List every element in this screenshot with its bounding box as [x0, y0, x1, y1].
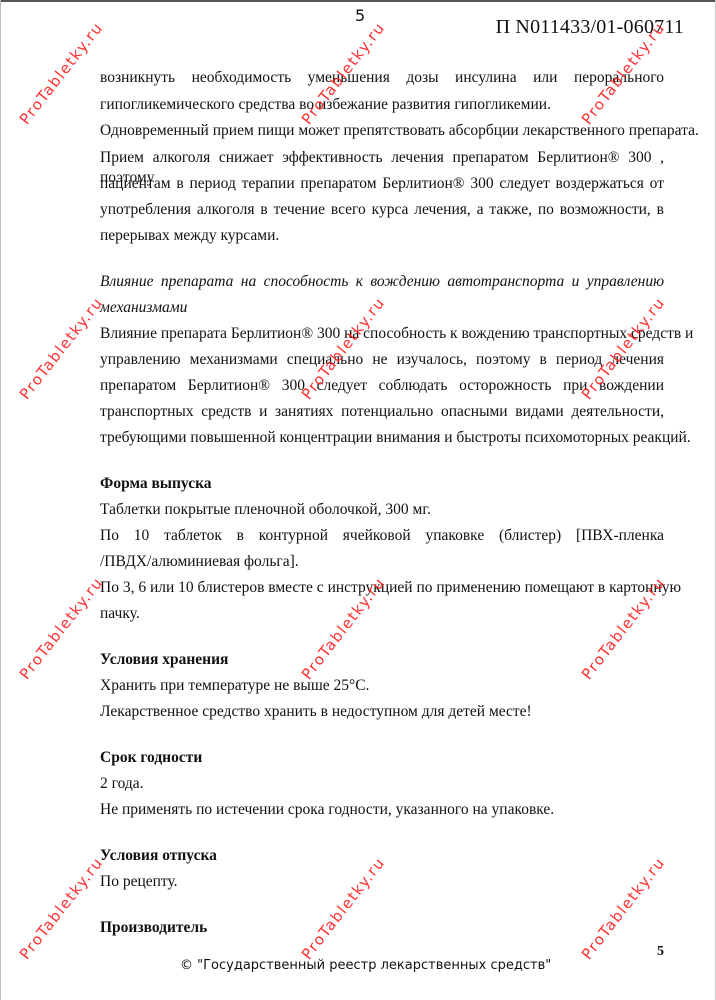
text-line: Таблетки покрытые пленочной оболочкой, 3…	[100, 500, 664, 520]
text-line: употребления алкоголя в течение всего ку…	[100, 200, 664, 220]
watermark: ProTabletky.ru	[16, 19, 107, 128]
text-line: Влияние препарата Берлитион® 300 на спос…	[100, 324, 664, 344]
section-title-storage: Условия хранения	[100, 650, 664, 670]
text-line: Лекарственное средство хранить в недосту…	[100, 702, 664, 722]
section-title-manufacturer: Производитель	[100, 918, 664, 938]
text-line: 2 года.	[100, 774, 664, 794]
watermark: ProTabletky.ru	[16, 854, 107, 963]
text-line: По 3, 6 или 10 блистеров вместе с инстру…	[100, 578, 664, 598]
text-line: препаратом Берлитион® 300 следует соблюд…	[100, 376, 664, 396]
text-line: транспортных средств и занятиях потенциа…	[100, 402, 664, 422]
registration-number: П N011433/01-060711	[496, 16, 684, 39]
copyright-footer: © "Государственный реестр лекарственных …	[180, 958, 551, 973]
scan-left-edge	[0, 0, 1, 1000]
section-title-driving: Влияние препарата на способность к вожде…	[100, 272, 664, 292]
section-title-form: Форма выпуска	[100, 474, 664, 494]
section-title-shelf-life: Срок годности	[100, 748, 664, 768]
section-title-driving-cont: механизмами	[100, 298, 664, 318]
page-number-top: 5	[355, 6, 365, 25]
text-line: управлению механизмами специально не изу…	[100, 350, 664, 370]
text-line: По рецепту.	[100, 872, 664, 892]
scan-top-border	[0, 0, 716, 2]
page-number-bottom: 5	[657, 944, 664, 960]
text-line: возникнуть необходимость уменьшения дозы…	[100, 68, 664, 88]
text-line: гипогликемического средства во избежание…	[100, 95, 664, 115]
text-line: Не применять по истечении срока годности…	[100, 800, 664, 820]
watermark: ProTabletky.ru	[578, 854, 669, 963]
text-line: /ПВДХ/алюминиевая фольга].	[100, 552, 664, 572]
text-line: Одновременный прием пищи может препятств…	[100, 121, 664, 141]
section-title-dispensing: Условия отпуска	[100, 846, 664, 866]
text-line: пациентам в период терапии препаратом Бе…	[100, 174, 664, 194]
watermark: ProTabletky.ru	[298, 854, 389, 963]
text-line: Хранить при температуре не выше 25°С.	[100, 676, 664, 696]
text-line: требующими повышенной концентрации внима…	[100, 428, 664, 448]
watermark: ProTabletky.ru	[16, 574, 107, 683]
text-line: перерывах между курсами.	[100, 226, 664, 246]
watermark: ProTabletky.ru	[16, 294, 107, 403]
text-line: пачку.	[100, 604, 664, 624]
text-line: По 10 таблеток в контурной ячейковой упа…	[100, 526, 664, 546]
